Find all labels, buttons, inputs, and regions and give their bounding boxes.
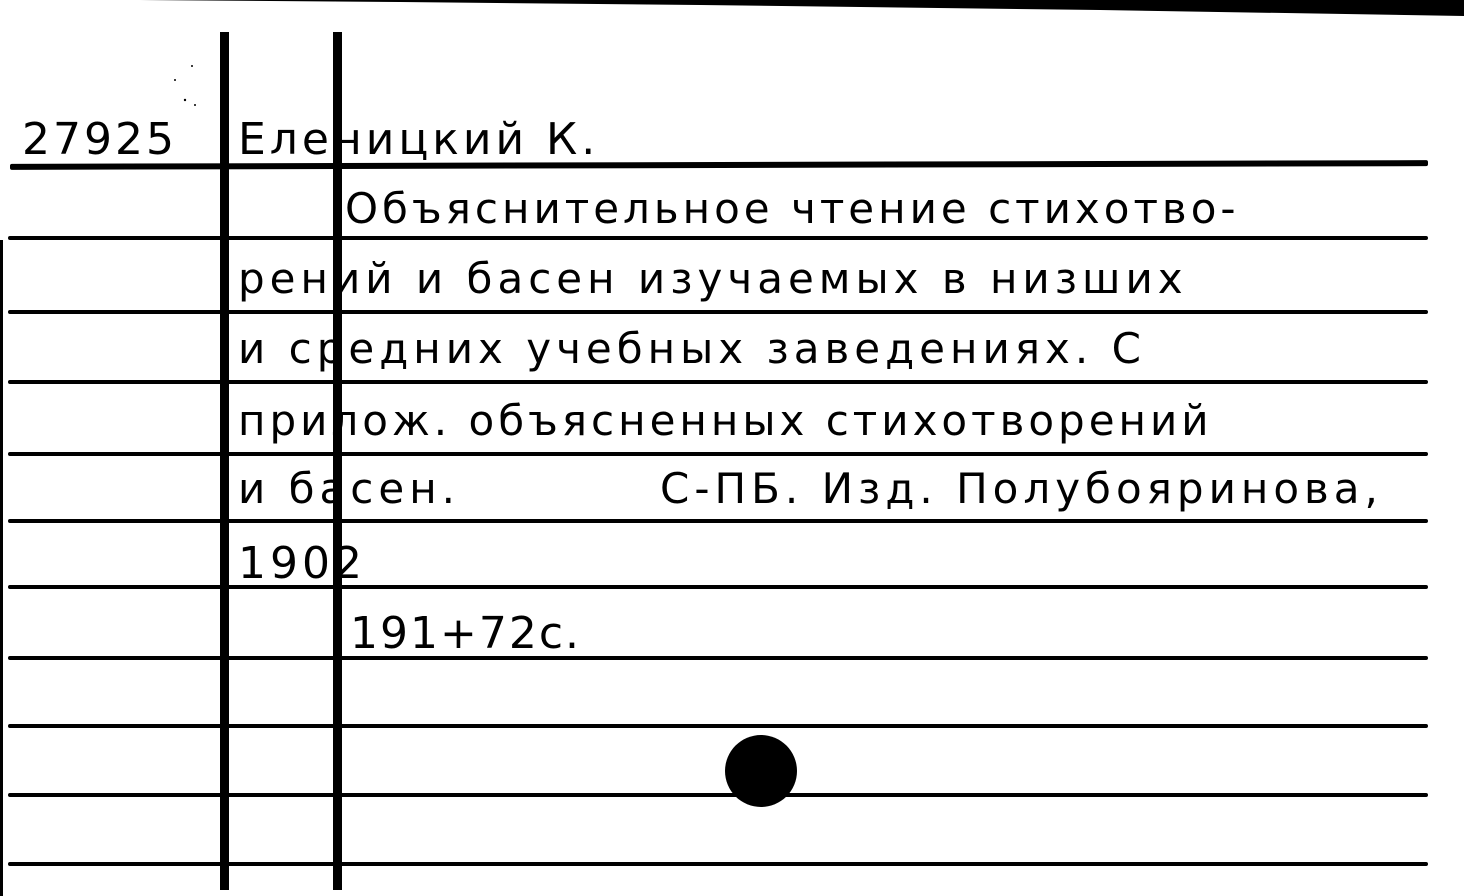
title-line-2: рений и басен изучаемых в низших xyxy=(238,258,1188,300)
pagination: 191+72с. xyxy=(350,612,581,656)
scan-noise xyxy=(170,60,200,110)
title-line-1: Объяснительное чтение стихотво- xyxy=(345,188,1240,230)
margin-bar-left xyxy=(220,32,229,890)
title-line-5: и басен. xyxy=(238,468,460,510)
publication-year: 1902 xyxy=(238,542,366,586)
card-left-edge xyxy=(0,240,3,896)
imprint: С-ПБ. Изд. Полубояринова, xyxy=(660,468,1383,510)
accession-number: 27925 xyxy=(22,118,177,162)
title-line-4: прилож. объясненных стихотворений xyxy=(238,400,1213,442)
punch-hole xyxy=(725,735,797,807)
scan-top-edge xyxy=(0,0,1464,18)
title-line-3: и средних учебных заведениях. С xyxy=(238,328,1146,370)
author-name: Еленицкий К. xyxy=(238,118,599,162)
